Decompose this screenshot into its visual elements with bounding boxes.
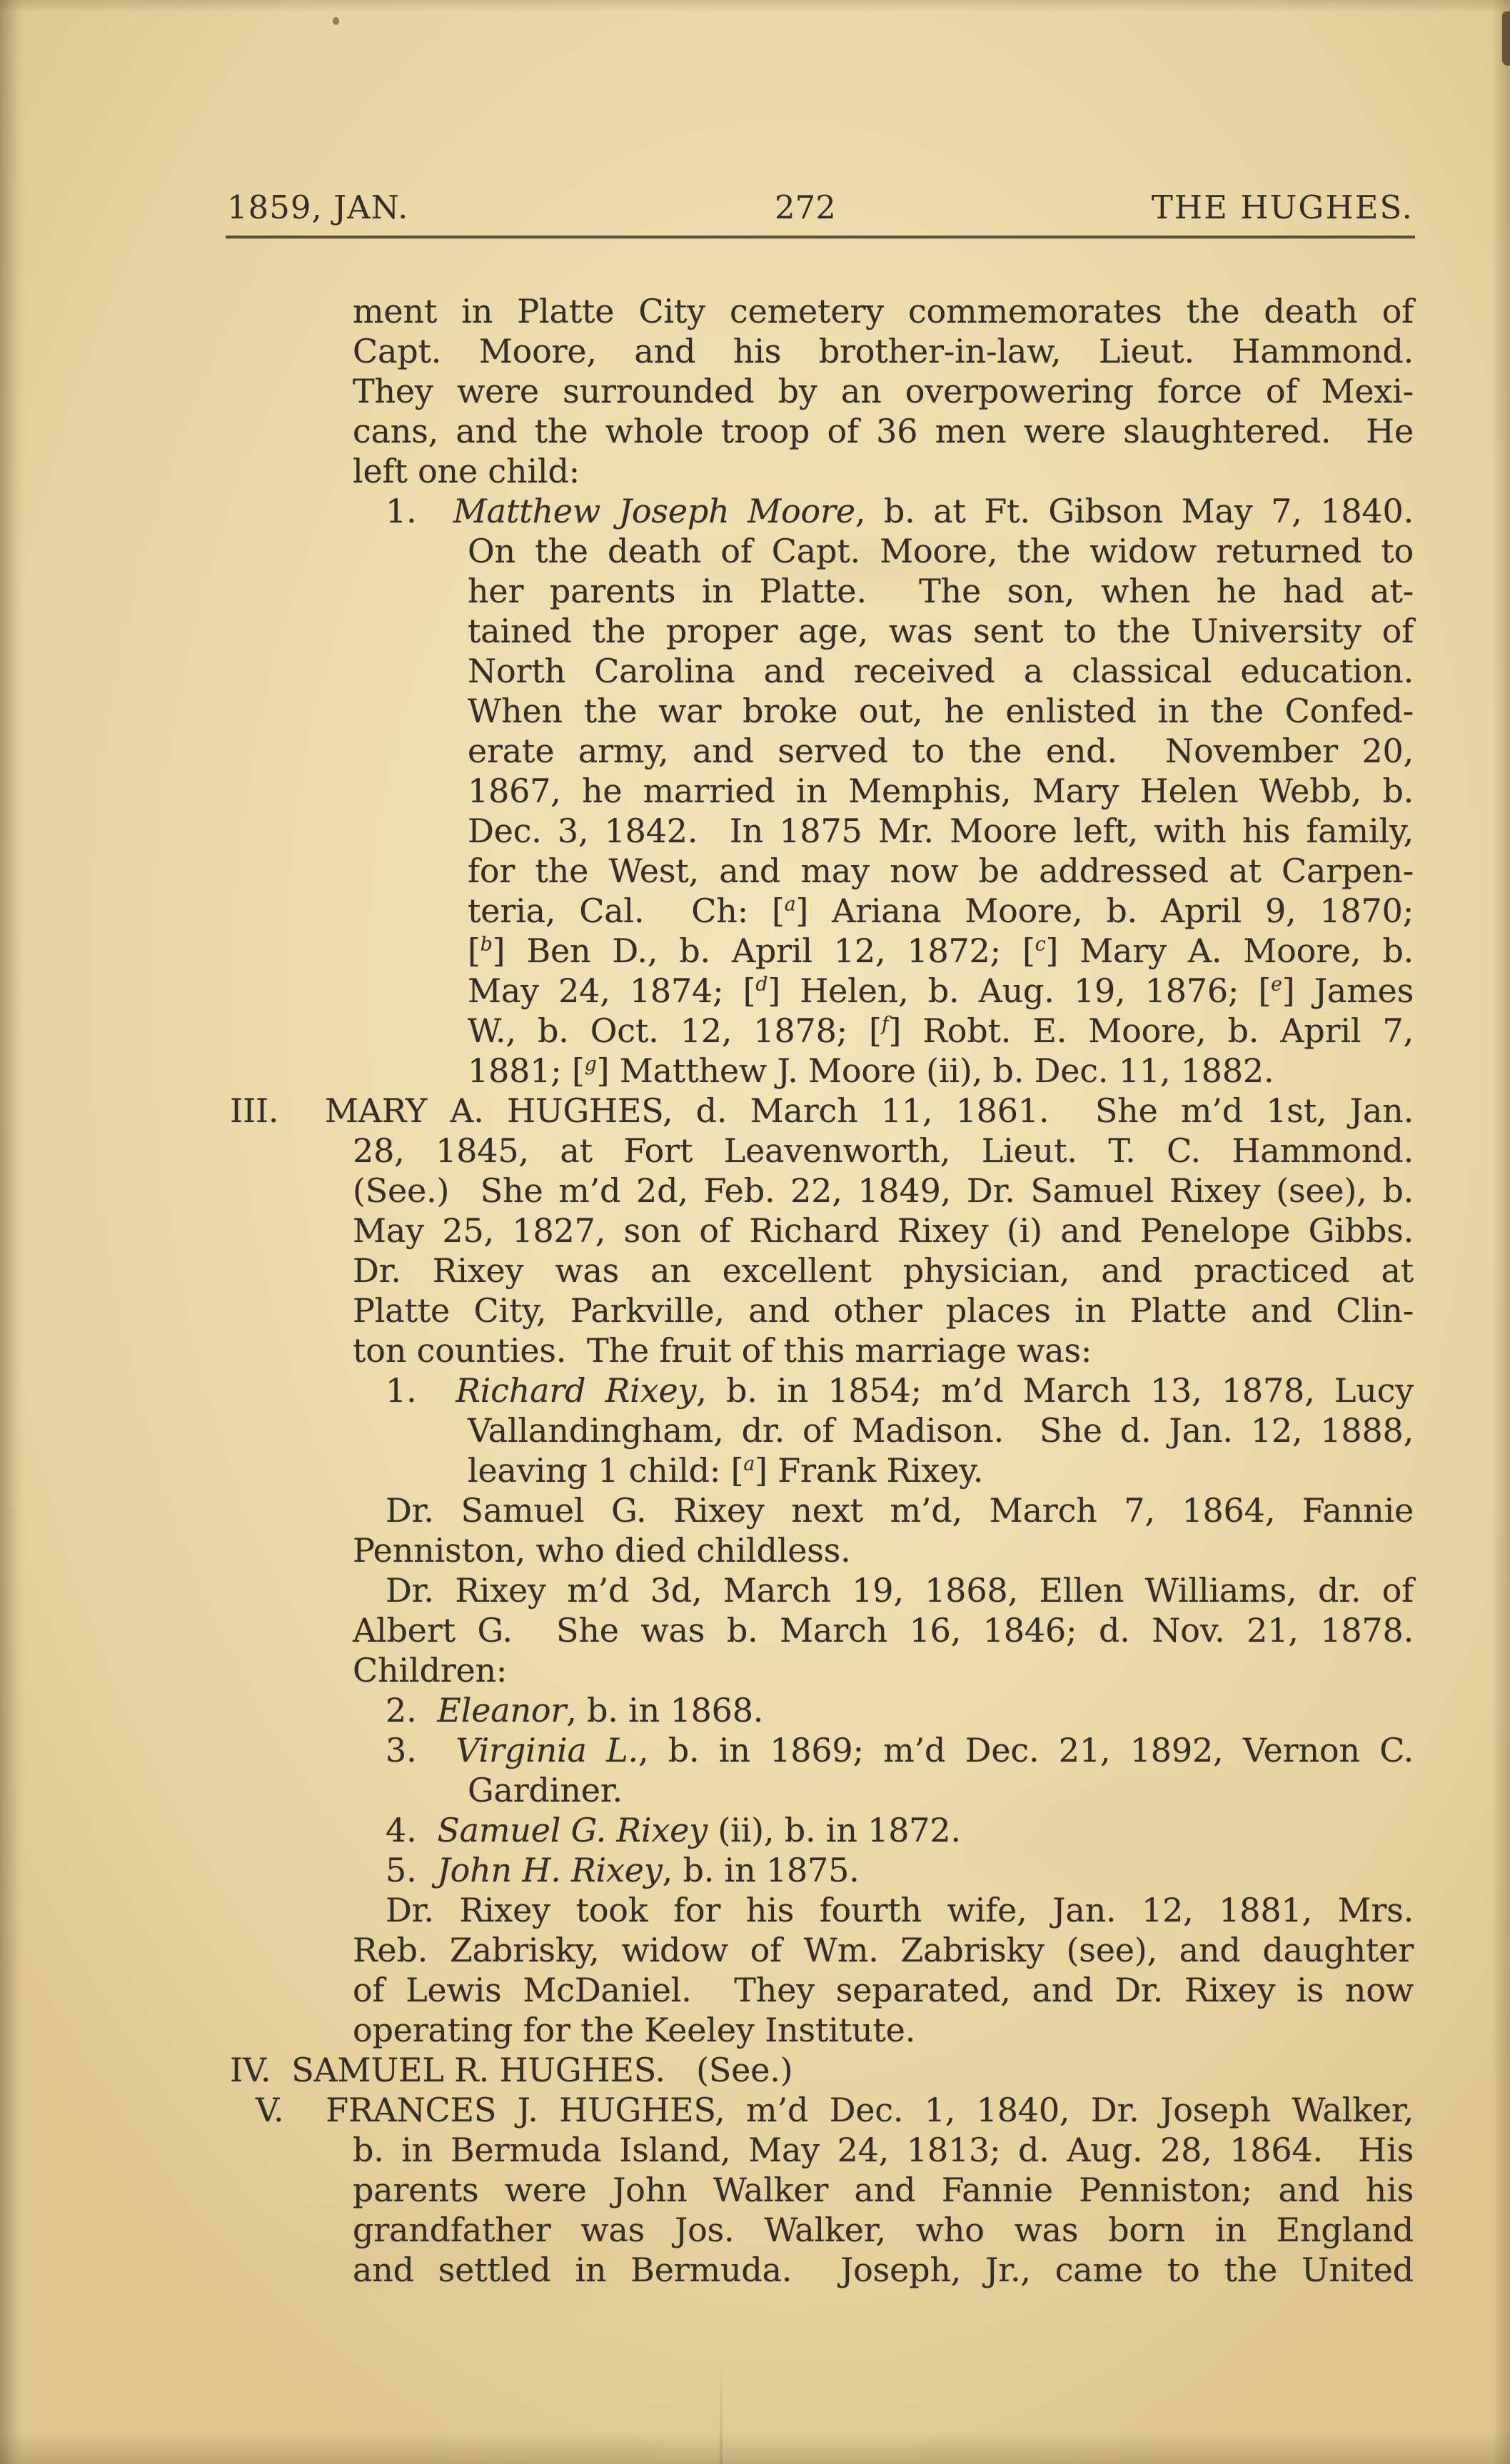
- text-line: Capt. Moore, and his brother-in-law, Lie…: [353, 331, 1414, 371]
- text-line: 1867, he married in Memphis, Mary Helen …: [468, 771, 1414, 811]
- header-book-title: THE HUGHES.: [1152, 188, 1414, 226]
- text-line: Platte City, Parkville, and other places…: [353, 1291, 1414, 1331]
- text-line: Dr. Rixey took for his fourth wife, Jan.…: [386, 1890, 1414, 1930]
- text-line: 28, 1845, at Fort Leavenworth, Lieut. T.…: [353, 1131, 1414, 1171]
- text-line: Reb. Zabrisky, widow of Wm. Zabrisky (se…: [353, 1930, 1414, 1970]
- text-line: b. in Bermuda Island, May 24, 1813; d. A…: [353, 2130, 1414, 2170]
- text-line: W., b. Oct. 12, 1878; [f] Robt. E. Moore…: [468, 1011, 1414, 1051]
- text-line: 1. Matthew Joseph Moore, b. at Ft. Gibso…: [386, 491, 1414, 531]
- header-date: 1859, JAN.: [227, 188, 408, 226]
- text-line: May 24, 1874; [d] Helen, b. Aug. 19, 187…: [468, 971, 1414, 1011]
- page-crease: [720, 2357, 723, 2464]
- text-line: tained the proper age, was sent to the U…: [468, 611, 1414, 651]
- text-line: left one child:: [353, 451, 1414, 491]
- text-line: When the war broke out, he enlisted in t…: [468, 691, 1414, 731]
- text-line: erate army, and served to the end. Novem…: [468, 731, 1414, 771]
- text-line: Dr. Rixey was an excellent physician, an…: [353, 1251, 1414, 1291]
- text-line: Dr. Samuel G. Rixey next m’d, March 7, 1…: [386, 1490, 1414, 1530]
- text-line: Dec. 3, 1842. In 1875 Mr. Moore left, wi…: [468, 811, 1414, 851]
- text-line: ton counties. The fruit of this marriage…: [353, 1331, 1414, 1370]
- text-line: cans, and the whole troop of 36 men were…: [353, 411, 1414, 451]
- text-line: teria, Cal. Ch: [a] Ariana Moore, b. Apr…: [468, 891, 1414, 931]
- text-line: Children:: [353, 1650, 1414, 1690]
- text-line: North Carolina and received a classical …: [468, 651, 1414, 691]
- scan-corner-mark: [1502, 11, 1510, 66]
- text-line: (See.) She m’d 2d, Feb. 22, 1849, Dr. Sa…: [353, 1171, 1414, 1211]
- text-line: ment in Platte City cemetery commemorate…: [353, 291, 1414, 331]
- text-line: On the death of Capt. Moore, the widow r…: [468, 531, 1414, 571]
- scan-edge-bottom: [0, 2431, 1510, 2464]
- text-line: Penniston, who died childless.: [353, 1530, 1414, 1570]
- text-line: Albert G. She was b. March 16, 1846; d. …: [353, 1610, 1414, 1650]
- text-line: They were surrounded by an overpowering …: [353, 371, 1414, 411]
- page-text: ment in Platte City cemetery commemorate…: [0, 291, 1510, 2290]
- text-line: [b] Ben D., b. April 12, 1872; [c] Mary …: [468, 931, 1414, 971]
- text-line: III. MARY A. HUGHES, d. March 11, 1861. …: [230, 1091, 1414, 1131]
- text-line: 3. Virginia L., b. in 1869; m’d Dec. 21,…: [386, 1730, 1414, 1770]
- text-line: operating for the Keeley Institute.: [353, 2010, 1414, 2050]
- text-line: 2. Eleanor, b. in 1868.: [386, 1690, 1414, 1730]
- text-line: Dr. Rixey m’d 3d, March 19, 1868, Ellen …: [386, 1570, 1414, 1610]
- text-line: her parents in Platte. The son, when he …: [468, 571, 1414, 611]
- text-line: 4. Samuel G. Rixey (ii), b. in 1872.: [386, 1810, 1414, 1850]
- text-line: and settled in Bermuda. Joseph, Jr., cam…: [353, 2250, 1414, 2290]
- text-line: IV. SAMUEL R. HUGHES. (See.): [230, 2050, 1414, 2090]
- header-rule: [226, 236, 1415, 238]
- text-line: for the West, and may now be addressed a…: [468, 851, 1414, 891]
- text-line: 1881; [g] Matthew J. Moore (ii), b. Dec.…: [468, 1051, 1414, 1091]
- text-line: leaving 1 child: [a] Frank Rixey.: [468, 1450, 1414, 1490]
- scan-speck: [333, 17, 339, 25]
- scanned-book-page: { "header": { "date": "1859, JAN.", "pag…: [0, 0, 1510, 2464]
- text-line: Vallandingham, dr. of Madison. She d. Ja…: [468, 1410, 1414, 1450]
- text-line: grandfather was Jos. Walker, who was bor…: [353, 2210, 1414, 2250]
- text-line: Gardiner.: [468, 1770, 1414, 1810]
- scan-edge-top: [0, 0, 1510, 13]
- text-line: 5. John H. Rixey, b. in 1875.: [386, 1850, 1414, 1890]
- text-line: of Lewis McDaniel. They separated, and D…: [353, 1970, 1414, 2010]
- text-line: 1. Richard Rixey, b. in 1854; m’d March …: [386, 1370, 1414, 1410]
- text-line: parents were John Walker and Fannie Penn…: [353, 2170, 1414, 2210]
- header-page-number: 272: [748, 188, 862, 226]
- text-line: V. FRANCES J. HUGHES, m’d Dec. 1, 1840, …: [256, 2090, 1414, 2130]
- text-line: May 25, 1827, son of Richard Rixey (i) a…: [353, 1211, 1414, 1251]
